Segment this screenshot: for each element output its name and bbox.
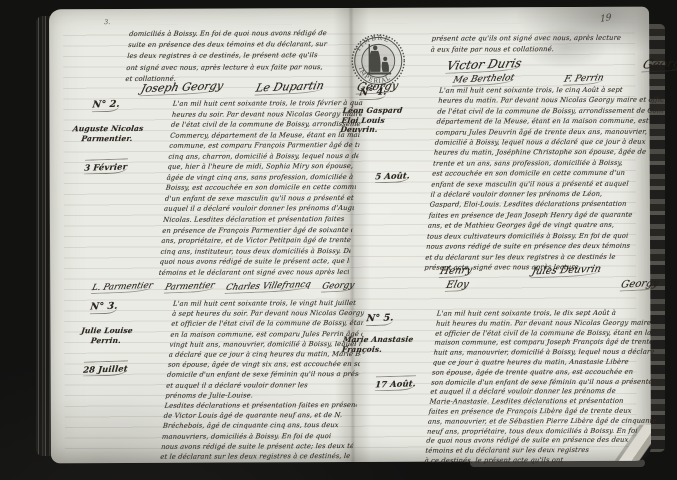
handwritten-line: quoi nous avons rédigé de suite le prése… — [159, 256, 350, 267]
entry4-margin-number: N° 4. — [345, 87, 403, 100]
handwritten-line: nous avons rédigé de suite en présence d… — [426, 241, 653, 252]
right-closing-paragraph: présent acte qu'ils ont signé avec nous,… — [430, 33, 656, 56]
handwritten-line: cinq ans, charron, domicilié à Boissy, l… — [168, 151, 359, 162]
handwritten-line: Boissy, est accouchée en son domicile en… — [165, 182, 356, 193]
handwritten-line: de l'état civil de la commune de Boissy,… — [171, 119, 362, 130]
folded-page-corner — [607, 425, 651, 461]
margin-name-line: Julie Louise — [50, 326, 163, 336]
signature: Victor Duris — [445, 56, 523, 74]
handwritten-line: heures du matin. Par devant nous Nicolas… — [438, 95, 665, 106]
entry-date: 17 Août. — [374, 375, 416, 391]
handwritten-line: cinq ans, instituteur, tous deux domicil… — [160, 246, 351, 257]
handwritten-line: manouvriers, domiciliés à Boissy. En foi… — [162, 431, 355, 442]
handwritten-line: témoins et le déclarant ont signé avec n… — [158, 267, 349, 278]
signature: Le Dupartin — [254, 79, 325, 96]
entry5-margin-date: 17 Août. — [350, 372, 442, 391]
entry2-margin-date: 3 Février — [55, 155, 157, 174]
left-closing-paragraph: domiciliés à Boissy. En foi de quoi nous… — [125, 28, 366, 85]
entry2-margin-name: Auguste NicolasParmentier. — [50, 124, 164, 144]
entry2-signatures: L. ParmentierParmentierCharles Villefran… — [92, 281, 354, 293]
entry-number: N° 2. — [92, 99, 120, 112]
handwritten-line: en la maison commune, est comparu Jules … — [170, 329, 363, 340]
handwritten-line: et officier de l'état civil de la commun… — [171, 318, 364, 329]
handwritten-line: heures du matin, Joséphine Christophe so… — [433, 147, 660, 158]
entry3-margin-name: Julie LouisePerrin. — [49, 326, 163, 346]
signature: F. Perrin — [563, 73, 605, 86]
entry-number: N° 4. — [359, 87, 387, 100]
handwritten-line: faites en présence de Jean Joseph Henry … — [428, 210, 655, 221]
handwritten-line: département de la Meuse, étant en la mai… — [436, 116, 663, 127]
entry-date: 5 Août. — [375, 168, 411, 183]
handwritten-line: huit heures du matin. Par devant nous Ni… — [436, 318, 665, 329]
handwritten-line: auquel il a déclaré vouloir donner les p… — [164, 203, 355, 214]
handwritten-line: est accouchée en son domicile en cette c… — [432, 168, 659, 179]
handwritten-line: domicile d'un enfant de sexe féminin qu'… — [167, 369, 360, 380]
handwritten-line: L'an mil huit cent soixante trois, le tr… — [172, 98, 363, 109]
margin-name-line: Perrin. — [49, 335, 162, 345]
entry3-margin-number: N° 3. — [76, 301, 134, 314]
signature: Parmentier — [163, 281, 215, 294]
entry5-margin-number: N° 5. — [352, 313, 410, 326]
entry-date: 28 Juillet — [82, 360, 128, 376]
margin-name-line: Deuvrin. — [340, 125, 441, 135]
handwritten-line: Nicolas. Lesdites déclaration et présent… — [163, 214, 354, 225]
register-scan: 3. 19 domiciliés à Boissy. En foi de quo… — [0, 0, 677, 480]
handwritten-line: et le déclarant sur les deux registres à… — [160, 451, 353, 462]
right-closing-signatures-row1: Victor DurisGeorgy — [447, 57, 677, 73]
handwritten-line: enfant de sexe masculin qu'il nous a pré… — [431, 178, 658, 189]
signature: Jules Deuvrin — [530, 264, 602, 279]
right-closing-signatures-row2: Me BerthelotF. Perrin — [453, 74, 603, 86]
entry4-signatures-row2: EloyGeorgy — [446, 279, 658, 292]
handwritten-line: Bréchebois, âgé de cinquante cinq ans, t… — [162, 420, 355, 431]
entry4-signatures-row1: HenryJules Deuvrin — [440, 265, 600, 278]
register-double-page: 3. 19 domiciliés à Boissy. En foi de quo… — [49, 7, 651, 464]
entry3-margin-date: 28 Juillet — [53, 357, 157, 376]
margin-name-line: Parmentier. — [50, 133, 163, 143]
entry4-body: L'an mil huit cent soixante trois, le ci… — [424, 85, 666, 273]
signature: Georgy — [641, 56, 677, 73]
signature: Joseph Georgy — [139, 79, 224, 96]
signature: Charles Villefrancq — [224, 280, 311, 294]
entry2-body: L'an mil huit cent soixante trois, le tr… — [158, 98, 363, 278]
folio-page-number: 19 — [600, 13, 612, 25]
margin-name-line: Léon Gaspard — [342, 106, 443, 116]
folio-corner-mark: 3. — [104, 18, 110, 26]
handwritten-line: ans, propriétaire, et de Victor Petitpai… — [161, 235, 352, 246]
handwritten-line: son épouse, âgée de trente quatre ans, e… — [431, 367, 660, 378]
signature: Georgy — [321, 280, 356, 292]
entry3-body: L'an mil huit cent soixante trois, le vi… — [160, 298, 366, 462]
signature: Georgy — [620, 278, 660, 291]
signature: Henry — [439, 265, 474, 278]
signature: Eloy — [445, 279, 470, 292]
handwritten-line: à eux faite par nous et collationné. — [430, 44, 655, 56]
handwritten-line: d'un enfant de sexe masculin qu'il nous … — [164, 193, 355, 204]
handwritten-line: heures du soir. Par devant nous Nicolas … — [171, 108, 362, 119]
entry4-margin-date: 5 Août. — [347, 164, 439, 183]
handwritten-line: que, hier à l'heure de midi, Sophia Miry… — [167, 161, 358, 172]
margin-name-line: Eloi Louis — [341, 115, 442, 125]
entry2-margin-number: N° 2. — [79, 99, 135, 112]
margin-name-line: Auguste Nicolas — [52, 124, 165, 134]
handwritten-line: commune, est comparu François Parmentier… — [169, 140, 360, 151]
entry-date: 3 Février — [83, 158, 127, 174]
entry4-margin-name: Léon GaspardEloi LouisDeuvrin. — [340, 106, 443, 135]
entry-number: N° 3. — [90, 301, 118, 314]
timbre-imperial-stamp: TIMBRE IMPERIAL — [349, 32, 407, 90]
signature: L. Parmentier — [91, 281, 154, 294]
entry-number: N° 5. — [366, 313, 394, 326]
